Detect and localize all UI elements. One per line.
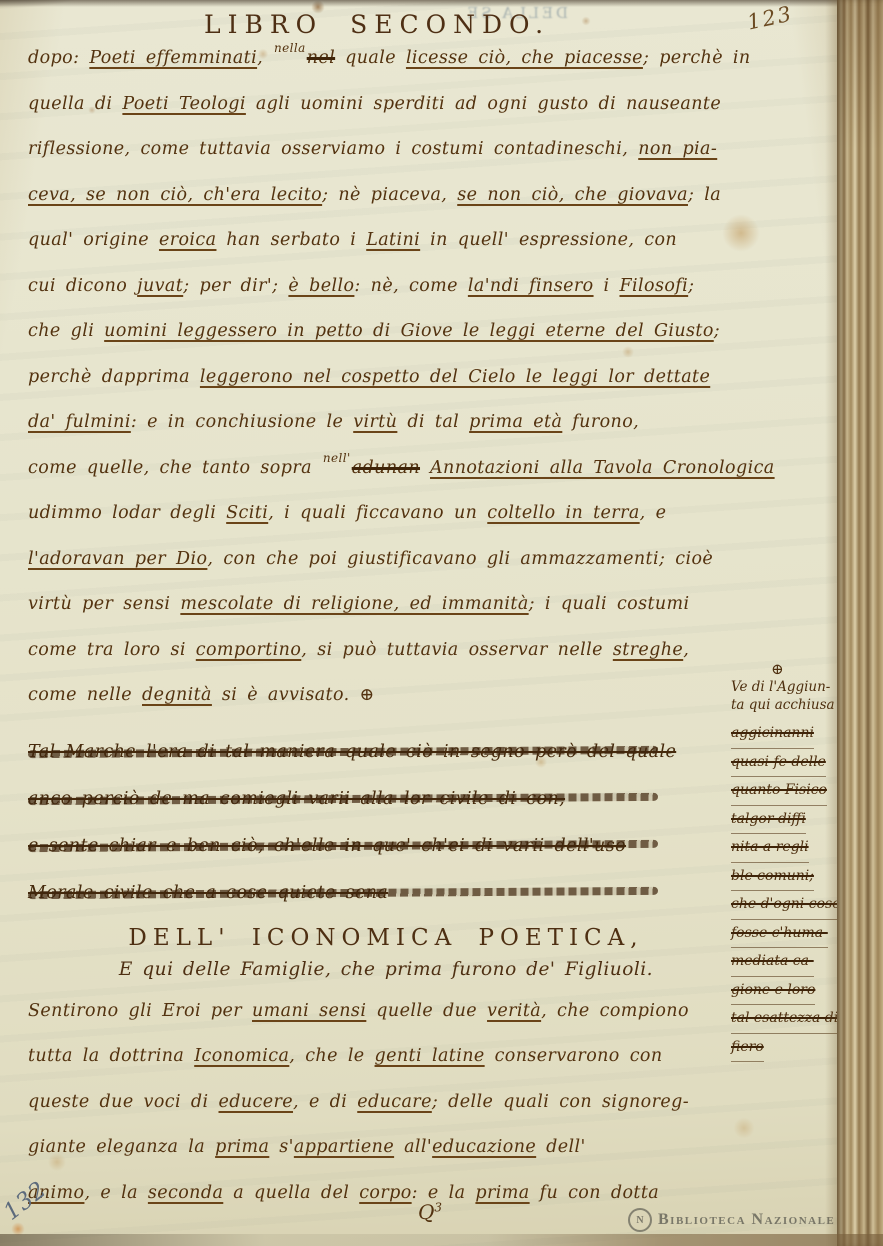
manuscript-line: quella di Poeti Teologi agli uomini sper… xyxy=(28,82,744,128)
manuscript-line: dopo: Poeti effemminati, nellanel quale … xyxy=(28,36,744,82)
manuscript-page-photo: DELLA SE LIBRO SECONDO. 123 dopo: Poeti … xyxy=(0,0,883,1246)
margin-cancelled-line: talgor diffi xyxy=(731,806,806,835)
cancelled-line: e sente chiar e ben ciò, ch'elle in que'… xyxy=(28,823,744,870)
main-text-block: dopo: Poeti effemminati, nellanel quale … xyxy=(28,36,744,1216)
margin-cancelled-line: che d'ogni cose xyxy=(731,891,840,920)
margin-cancelled-line: quasi fe delle xyxy=(731,749,826,778)
margin-cancelled-line: gione e loro xyxy=(731,977,815,1006)
paragraph-1: dopo: Poeti effemminati, nellanel quale … xyxy=(28,36,744,719)
margin-cancelled-line: tal esattezza di xyxy=(731,1005,838,1034)
cancelled-line: Tal Marche l'era di tal maniera quale ci… xyxy=(28,729,744,776)
quire-letter: Q xyxy=(418,1200,434,1224)
margin-note-text: Ve di l'Aggiun-ta qui acchiusa xyxy=(731,678,847,714)
margin-note-line: ta qui acchiusa xyxy=(731,696,847,714)
folio-number: 123 xyxy=(745,1,795,34)
manuscript-line: udimmo lodar degli Sciti, i quali ficcav… xyxy=(28,491,744,537)
quire-signature: Q3 xyxy=(418,1200,442,1224)
reference-mark: ⊕ xyxy=(771,660,847,678)
book-fore-edge xyxy=(837,0,883,1246)
book-title: LIBRO SECONDO. xyxy=(204,10,550,39)
quire-superscript: 3 xyxy=(434,1200,442,1214)
manuscript-line: cui dicono juvat; per dir'; è bello: nè,… xyxy=(28,264,744,310)
margin-note: ⊕ Ve di l'Aggiun-ta qui acchiusa aggicin… xyxy=(731,660,847,1062)
library-logo-icon: N xyxy=(628,1208,652,1232)
margin-cancelled-line: cinanni xyxy=(762,720,814,749)
manuscript-line: come nelle degnità si è avvisato. ⊕ xyxy=(28,673,744,719)
cancelled-paragraph: Tal Marche l'era di tal maniera quale ci… xyxy=(28,729,744,917)
cancelled-line: Morale civile che a cose quiete sena xyxy=(28,870,744,917)
margin-cancelled-line: fiero xyxy=(731,1034,764,1063)
manuscript-line: virtù per sensi mescolate di religione, … xyxy=(28,582,744,628)
manuscript-line: come tra loro si comportino, si può tutt… xyxy=(28,628,744,674)
margin-cancelled-line: mediata ca- xyxy=(731,948,814,977)
manuscript-line: l'adoravan per Dio, con che poi giustifi… xyxy=(28,537,744,583)
paper-sheet: DELLA SE LIBRO SECONDO. 123 dopo: Poeti … xyxy=(0,0,883,1246)
margin-note-line: Ve di l'Aggiun- xyxy=(731,678,847,696)
manuscript-line: qual' origine eroica han serbato i Latin… xyxy=(28,218,744,264)
margin-cancelled-line: aggi xyxy=(731,720,762,749)
manuscript-line: giante eleganza la prima s'appartiene al… xyxy=(28,1125,744,1171)
manuscript-line: Sentirono gli Eroi per umani sensi quell… xyxy=(28,989,744,1035)
manuscript-line: queste due voci di educere, e di educare… xyxy=(28,1080,744,1126)
cancelled-line: anco perciò de ma comiegli varii alla lo… xyxy=(28,776,744,823)
margin-note-cancelled: aggicinanniquasi fe dellequanto Fisicota… xyxy=(731,720,847,1062)
manuscript-line: tutta la dottrina Iconomica, che le gent… xyxy=(28,1034,744,1080)
section-subheading: E qui delle Famiglie, che prima furono d… xyxy=(28,955,744,989)
manuscript-line: come quelle, che tanto sopra nell'adunan… xyxy=(28,446,744,492)
library-logo-letter: N xyxy=(636,1215,643,1226)
margin-cancelled-line: fosse c'huma- xyxy=(731,920,828,949)
manuscript-line: perchè dapprima leggerono nel cospetto d… xyxy=(28,355,744,401)
manuscript-line: da' fulmini: e in conchiusione le virtù … xyxy=(28,400,744,446)
manuscript-line: che gli uomini leggessero in petto di Gi… xyxy=(28,309,744,355)
section-heading: DELL' ICONOMICA POETICA, xyxy=(28,921,744,955)
manuscript-line: ceva, se non ciò, ch'era lecito; nè piac… xyxy=(28,173,744,219)
margin-cancelled-line: nita a regli xyxy=(731,834,809,863)
margin-cancelled-line: quanto Fisico xyxy=(731,777,827,806)
margin-cancelled-line: ble comuni; xyxy=(731,863,814,892)
paragraph-2: Sentirono gli Eroi per umani sensi quell… xyxy=(28,989,744,1217)
manuscript-line: riflessione, come tuttavia osserviamo i … xyxy=(28,127,744,173)
